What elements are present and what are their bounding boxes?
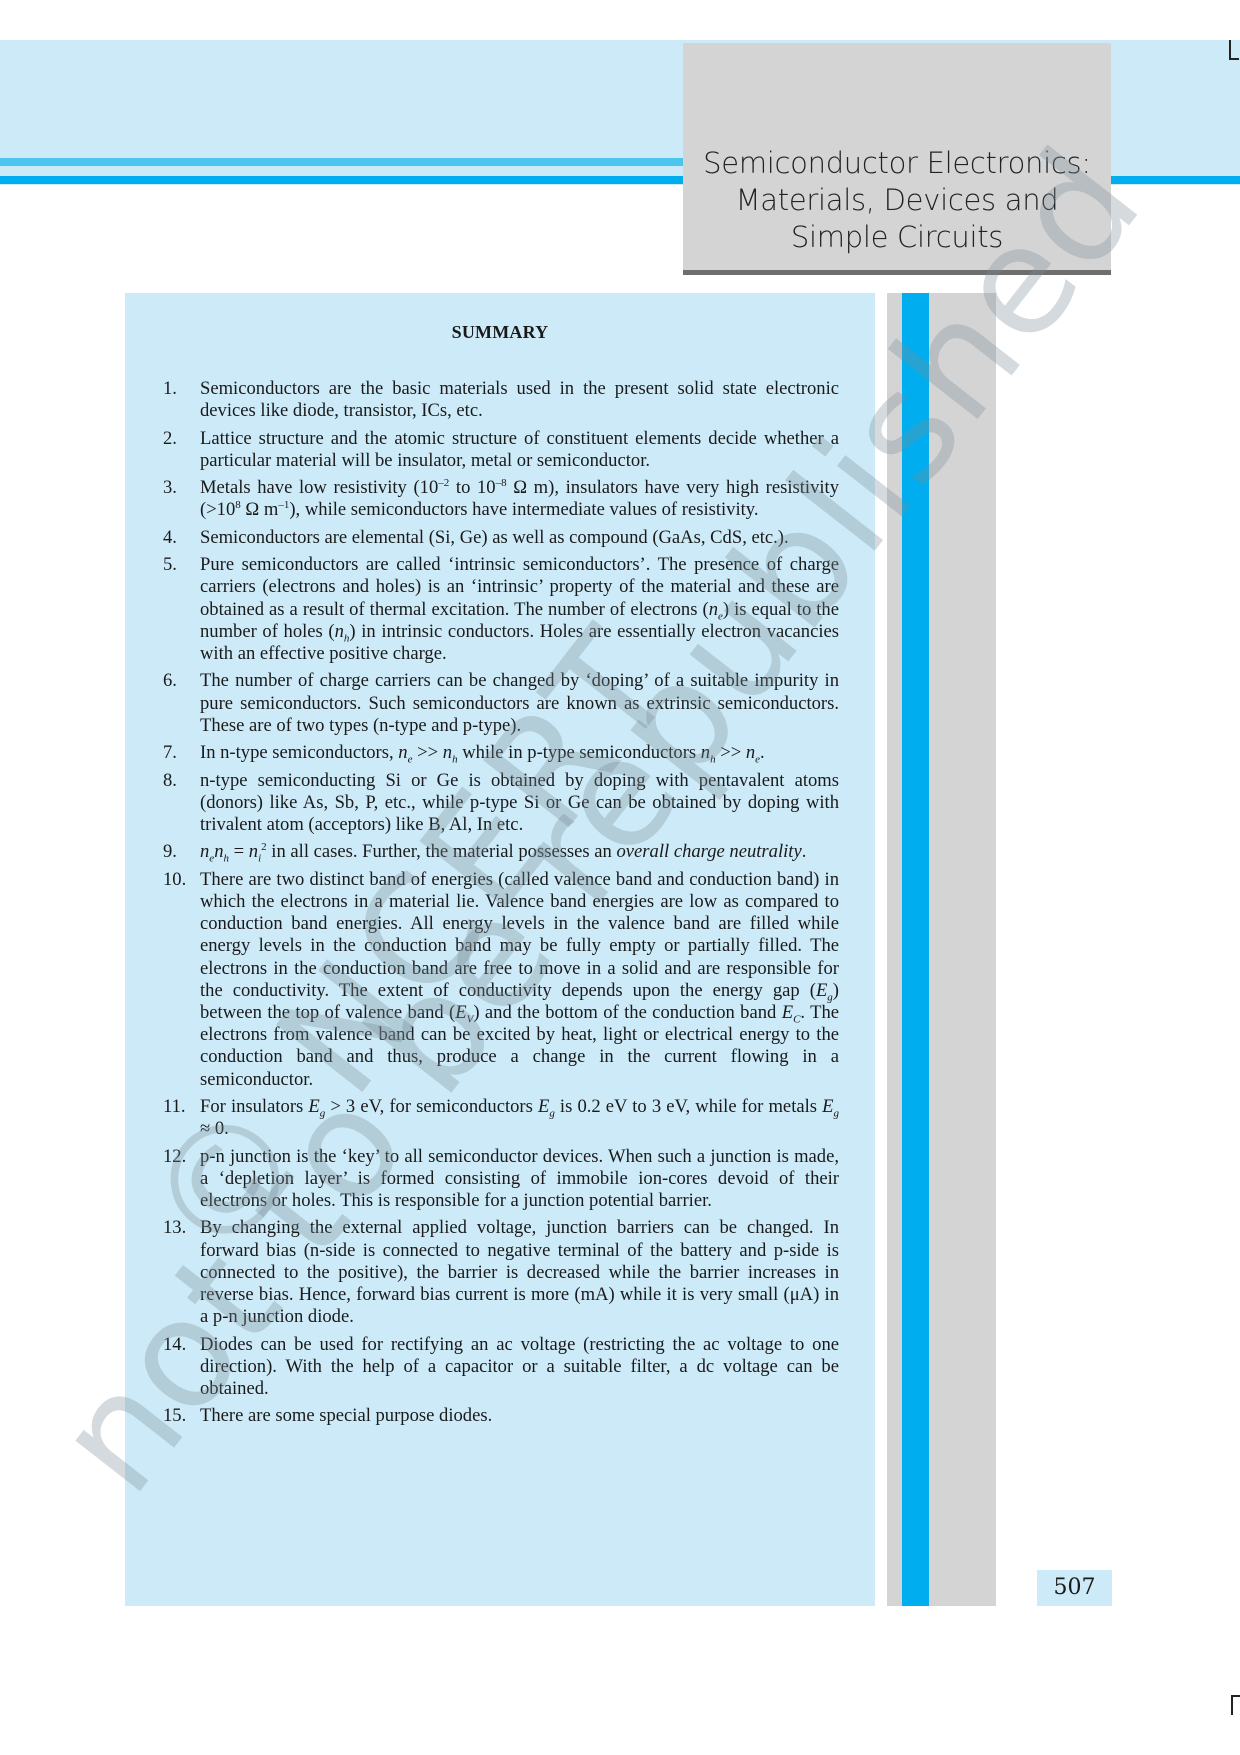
summary-item-text: Diodes can be used for rectifying an ac … — [200, 1334, 839, 1401]
summary-item: 10.There are two distinct band of energi… — [163, 869, 839, 1091]
summary-item: 14.Diodes can be used for rectifying an … — [163, 1334, 839, 1401]
summary-item-text: For insulators Eg > 3 eV, for semiconduc… — [200, 1096, 839, 1140]
summary-item-number: 9. — [163, 841, 177, 863]
summary-item: 8.n-type semiconducting Si or Ge is obta… — [163, 770, 839, 837]
summary-item: 3.Metals have low resistivity (10–2 to 1… — [163, 477, 839, 521]
summary-item-number: 2. — [163, 428, 177, 450]
summary-item: 15.There are some special purpose diodes… — [163, 1405, 839, 1427]
page-number: 507 — [1037, 1570, 1112, 1606]
summary-item-text: p-n junction is the ‘key’ to all semicon… — [200, 1146, 839, 1213]
summary-item-number: 8. — [163, 770, 177, 792]
chapter-title: Semiconductor Electronics: Materials, De… — [703, 145, 1091, 256]
summary-item-text: Semiconductors are the basic materials u… — [200, 378, 839, 422]
chapter-title-line-3: Simple Circuits — [703, 219, 1091, 256]
summary-item: 12.p-n junction is the ‘key’ to all semi… — [163, 1146, 839, 1213]
summary-item-number: 7. — [163, 742, 177, 764]
summary-item: 13.By changing the external applied volt… — [163, 1217, 839, 1328]
summary-item-text: By changing the external applied voltage… — [200, 1217, 839, 1328]
crop-mark-bottom — [1231, 1695, 1240, 1715]
summary-item-number: 4. — [163, 527, 177, 549]
crop-mark-top — [1229, 40, 1239, 60]
summary-item: 4.Semiconductors are elemental (Si, Ge) … — [163, 527, 839, 549]
summary-list: 1.Semiconductors are the basic materials… — [163, 378, 839, 1433]
summary-item: 7.In n-type semiconductors, ne >> nh whi… — [163, 742, 839, 764]
summary-item-number: 13. — [163, 1217, 186, 1239]
summary-item: 1.Semiconductors are the basic materials… — [163, 378, 839, 422]
summary-item-text: The number of charge carriers can be cha… — [200, 670, 839, 737]
summary-item-text: Metals have low resistivity (10–2 to 10–… — [200, 477, 839, 521]
summary-item-number: 6. — [163, 670, 177, 692]
chapter-title-line-1: Semiconductor Electronics: — [703, 145, 1091, 182]
summary-item: 6.The number of charge carriers can be c… — [163, 670, 839, 737]
summary-heading: SUMMARY — [125, 322, 875, 343]
side-decoration-blue — [902, 293, 929, 1606]
summary-item-text: Semiconductors are elemental (Si, Ge) as… — [200, 527, 839, 549]
summary-item: 5.Pure semiconductors are called ‘intrin… — [163, 554, 839, 665]
summary-item-number: 12. — [163, 1146, 186, 1168]
summary-item-text: There are some special purpose diodes. — [200, 1405, 839, 1427]
summary-item-number: 3. — [163, 477, 177, 499]
summary-item-number: 1. — [163, 378, 177, 400]
summary-item: 11.For insulators Eg > 3 eV, for semicon… — [163, 1096, 839, 1140]
chapter-title-box: Semiconductor Electronics: Materials, De… — [683, 43, 1111, 275]
summary-item-text: There are two distinct band of energies … — [200, 869, 839, 1091]
summary-item-text: n-type semiconducting Si or Ge is obtain… — [200, 770, 839, 837]
summary-item-number: 14. — [163, 1334, 186, 1356]
summary-item-text: Pure semiconductors are called ‘intrinsi… — [200, 554, 839, 665]
summary-item-text: nenh = ni2 in all cases. Further, the ma… — [200, 841, 839, 863]
summary-item-number: 10. — [163, 869, 186, 891]
summary-item-number: 15. — [163, 1405, 186, 1427]
chapter-title-line-2: Materials, Devices and — [703, 182, 1091, 219]
summary-item-number: 11. — [163, 1096, 186, 1118]
summary-item-text: Lattice structure and the atomic structu… — [200, 428, 839, 472]
header-stripe-thin — [0, 158, 683, 166]
summary-item: 2.Lattice structure and the atomic struc… — [163, 428, 839, 472]
summary-item-text: In n-type semiconductors, ne >> nh while… — [200, 742, 839, 764]
summary-item: 9.nenh = ni2 in all cases. Further, the … — [163, 841, 839, 863]
summary-item-number: 5. — [163, 554, 177, 576]
